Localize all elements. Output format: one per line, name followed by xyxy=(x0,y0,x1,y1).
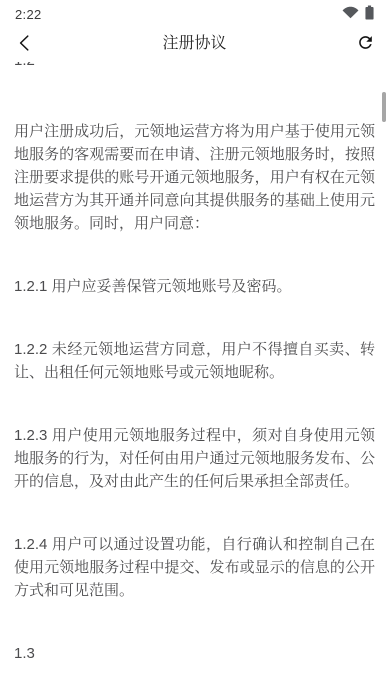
page-title: 注册协议 xyxy=(0,26,389,62)
refresh-icon xyxy=(356,33,375,55)
status-bar: 2:22 xyxy=(0,0,389,26)
agreement-paragraph: 1.2.3 用户使用元领地服务过程中，须对自身使用元领地服务的行为，对任何由用户… xyxy=(14,424,375,493)
wifi-icon xyxy=(342,6,359,24)
scrollbar-thumb[interactable] xyxy=(382,92,386,122)
battery-icon xyxy=(365,5,374,25)
agreement-paragraph: 1.2.2 未经元领地运营方同意，用户不得擅自买卖、转让、出租任何元领地账号或元… xyxy=(14,338,375,384)
app-screen: 2:22 注册协议 xyxy=(0,0,389,693)
status-time: 2:22 xyxy=(15,7,42,22)
agreement-paragraph: 1.2.4 用户可以通过设置功能，自行确认和控制自己在使用元领地服务过程中提交、… xyxy=(14,533,375,602)
agreement-content[interactable]: 1.2 用户注册成功后，元领地运营方将为用户基于使用元领地服务的客观需要而在申请… xyxy=(0,62,389,693)
section-heading-1-2: 1.2 xyxy=(14,62,375,72)
nav-bar: 注册协议 xyxy=(0,26,389,62)
agreement-paragraph: 用户注册成功后，元领地运营方将为用户基于使用元领地服务的客观需要而在申请、注册元… xyxy=(14,120,375,235)
section-heading-1-3: 1.3 xyxy=(14,642,375,665)
refresh-button[interactable] xyxy=(335,26,375,62)
agreement-paragraph: 1.2.1 用户应妥善保管元领地账号及密码。 xyxy=(14,275,375,298)
status-icons xyxy=(342,5,374,25)
